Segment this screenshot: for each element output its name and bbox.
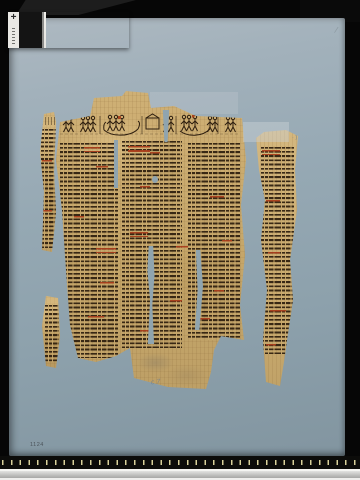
papyrus-hole	[152, 176, 158, 183]
hieratic-text-column	[261, 146, 294, 354]
rubric-mark	[222, 240, 232, 244]
rubric-mark	[266, 200, 280, 204]
rubric-mark	[266, 344, 276, 348]
rubric-mark	[100, 282, 114, 286]
calibration-registration-strip: +	[8, 12, 19, 48]
rubric-mark	[268, 252, 280, 256]
ruler-tick-band	[0, 456, 360, 469]
tissue-patch	[243, 122, 289, 142]
photo-frame: +	[0, 0, 360, 480]
rubric-mark	[42, 160, 52, 163]
rubric-mark	[262, 150, 280, 155]
rubric-mark	[130, 232, 148, 237]
rubric-mark	[270, 310, 286, 314]
rubric-mark	[88, 316, 104, 320]
rubric-mark	[170, 300, 182, 304]
rubric-mark	[176, 246, 188, 250]
vignette-trace	[42, 117, 56, 125]
rubric-mark	[128, 146, 150, 152]
pencil-inscription-right: · )	[292, 135, 297, 141]
pencil-inscription-below-papyrus: c 7	[151, 379, 161, 387]
rubric-mark	[96, 166, 108, 170]
rubric-mark	[210, 196, 224, 200]
rubric-mark	[74, 216, 84, 220]
rubric-mark	[140, 186, 150, 190]
rubric-mark	[96, 248, 116, 253]
calibration-bar: +	[8, 12, 129, 48]
hieratic-text-column	[45, 304, 59, 362]
ruler-metal-edge	[0, 471, 360, 478]
calibration-tiny-label	[12, 28, 15, 44]
pencil-inscription-bottom-left: 1124	[30, 442, 44, 448]
hieratic-text-column-3	[188, 142, 240, 340]
rubric-mark	[214, 290, 224, 294]
rubric-mark	[43, 210, 52, 213]
registration-cross-icon: +	[8, 12, 19, 23]
rubric-mark	[150, 152, 160, 156]
rubric-mark	[84, 147, 100, 152]
papyrus-split	[114, 140, 118, 188]
